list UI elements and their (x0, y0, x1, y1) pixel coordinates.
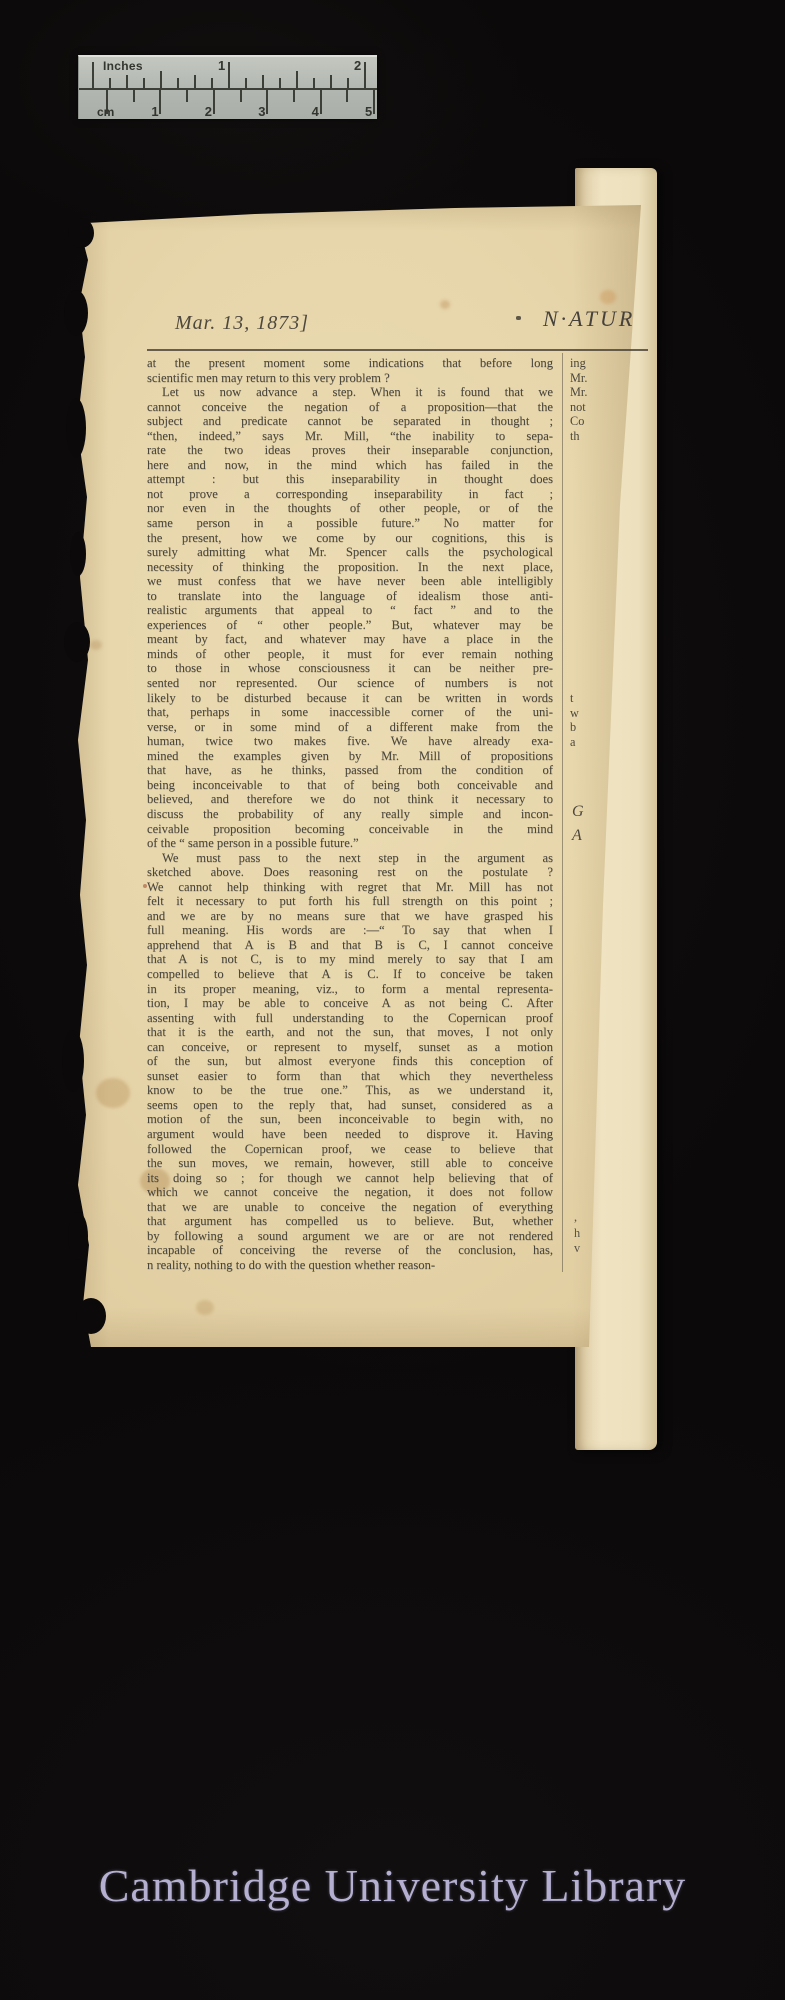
column-divider-rule (562, 353, 563, 1272)
ruler-number: 1 (218, 58, 225, 73)
text-line: not prove a corresponding inseparability… (147, 487, 553, 502)
ruler-inches-row: Inches 12 (79, 57, 377, 88)
ruler-tick (194, 75, 196, 88)
ruler-number: 4 (312, 104, 319, 119)
text-line: that we are unable to conceive the negat… (147, 1200, 553, 1215)
text-line: same person in a possible future.” No ma… (147, 516, 553, 531)
text-fragment: A (572, 824, 584, 848)
text-column: at the present moment some indications t… (147, 356, 553, 1272)
text-line: cannot conceive the negation of a propos… (147, 400, 553, 415)
ruler-tick (364, 62, 366, 88)
ruler-tick (346, 90, 348, 102)
text-fragment: t (570, 691, 579, 706)
text-fragment: G (572, 800, 584, 824)
foxing-stain (600, 290, 616, 304)
text-fragment: ing (570, 356, 587, 371)
library-caption: Cambridge University Library (0, 1860, 785, 1912)
text-line: mined the examples given by Mr. Mill of … (147, 749, 553, 764)
text-line: that, perhaps in some inaccessible corne… (147, 705, 553, 720)
text-line: that it is the earth, and not the sun, t… (147, 1025, 553, 1040)
torn-edge-blob (70, 532, 86, 576)
header-rule (147, 349, 648, 351)
ruler-tick (313, 78, 315, 88)
text-line: human, twice two makes five. We have alr… (147, 734, 553, 749)
text-line: followed the Copernican proof, we cease … (147, 1142, 553, 1157)
adjacent-column-fragment-middle: twba (570, 691, 579, 749)
text-fragment: , (574, 1210, 580, 1226)
text-line: that A is not C, is to my mind merely to… (147, 952, 553, 967)
ruler-tick (92, 62, 94, 88)
ruler-tick (330, 75, 332, 88)
ruler-tick (160, 71, 162, 88)
text-line: tion, I may be able to conceive A as not… (147, 996, 553, 1011)
ruler-tick (320, 90, 322, 114)
text-line: meant by fact, and whatever may have a p… (147, 632, 553, 647)
text-line: that have, as he thinks, passed from the… (147, 763, 553, 778)
text-line: the sun moves, we remain, however, still… (147, 1156, 553, 1171)
torn-edge-blob (62, 1030, 84, 1092)
text-line: nor even in the thoughts of other people… (147, 501, 553, 516)
ruler-tick (262, 75, 264, 88)
text-line: realistic arguments that appeal to “ fac… (147, 603, 553, 618)
text-line: of the sun, but almost everyone finds th… (147, 1054, 553, 1069)
text-line: to translate into the language of ideali… (147, 589, 553, 604)
ruler-tick (143, 78, 145, 88)
text-line: discuss the probability of any really si… (147, 807, 553, 822)
text-line: to those in whose consciousness it can b… (147, 661, 553, 676)
text-line: believed, and therefore we do not think … (147, 792, 553, 807)
text-line: likely to be disturbed because it can be… (147, 691, 553, 706)
ruler-tick (109, 78, 111, 88)
ruler-tick (266, 90, 268, 114)
text-line: Let us now advance a step. When it is fo… (147, 385, 553, 400)
text-line: motion of the sun, been inconceivable to… (147, 1112, 553, 1127)
text-line: at the present moment some indications t… (147, 356, 553, 371)
text-line: and we are by no means sure that we have… (147, 909, 553, 924)
text-line: ceivable proposition becoming conceivabl… (147, 822, 553, 837)
text-line: apprehend that A is B and that B is C, I… (147, 938, 553, 953)
text-line: its doing so ; for though we cannot help… (147, 1171, 553, 1186)
photo-stage: Inches 12 cm 12345 Mar. 13, 1873] N·ATUR… (0, 0, 785, 2000)
foxing-stain (96, 1078, 130, 1108)
text-line: seems open to the reply that, had sunset… (147, 1098, 553, 1113)
page-header-journal: N·ATUR (543, 306, 635, 332)
text-line: by following a sound argument we are or … (147, 1229, 553, 1244)
ruler-tick (347, 78, 349, 88)
ruler-tick (240, 90, 242, 102)
text-line: being inconceivable to that of being bot… (147, 778, 553, 793)
text-line: We cannot help thinking with regret that… (147, 880, 553, 895)
text-line: subject and predicate cannot be separate… (147, 414, 553, 429)
text-line: scientific men may return to this very p… (147, 371, 553, 386)
ruler-tick (213, 90, 215, 114)
text-fragment: Co (570, 414, 587, 429)
torn-edge-blob (68, 1212, 88, 1260)
text-line: surely admitting what Mr. Spencer calls … (147, 545, 553, 560)
text-line: sented nor represented. Our science of n… (147, 676, 553, 691)
ruler-tick (245, 78, 247, 88)
text-line: rate the two ideas proves their insepara… (147, 443, 553, 458)
text-fragment: th (570, 429, 587, 444)
ruler-tick (373, 90, 375, 114)
ink-speck (516, 316, 521, 320)
text-line: in its proper meaning, viz., to form a m… (147, 982, 553, 997)
ruler-inches-label: Inches (103, 59, 143, 73)
torn-edge-blob (64, 290, 88, 336)
ruler-tick (177, 78, 179, 88)
ruler-tick (133, 90, 135, 102)
torn-edge-blob (76, 1298, 106, 1334)
text-fragment: b (570, 720, 579, 735)
text-line: assenting with full understanding to the… (147, 1011, 553, 1026)
torn-edge-blob (68, 218, 94, 248)
foxing-stain (196, 1300, 214, 1315)
ruler-tick (293, 90, 295, 102)
text-fragment: w (570, 706, 579, 721)
ruler-number: 3 (258, 104, 265, 119)
adjacent-column-fragment-italic: GA (572, 800, 584, 848)
text-line: we must confess that we have never been … (147, 574, 553, 589)
text-line: of the “ same person in a possible futur… (147, 836, 553, 851)
text-line: incapable of conceiving the reverse of t… (147, 1243, 553, 1258)
ruler-tick (296, 71, 298, 88)
text-line: We must pass to the next step in the arg… (147, 851, 553, 866)
text-line: here and now, in the mind which has fail… (147, 458, 553, 473)
text-line: attempt : but this inseparability in tho… (147, 472, 553, 487)
text-fragment: Mr. (570, 385, 587, 400)
text-line: the present, how we come by our cognitio… (147, 531, 553, 546)
text-line: verse, or in some mind of a different ma… (147, 720, 553, 735)
text-line: experiences of “ other people.” But, wha… (147, 618, 553, 633)
text-line: minds of other people, it must for ever … (147, 647, 553, 662)
text-line: necessity of thinking the proposition. I… (147, 560, 553, 575)
ruler-number: 1 (151, 104, 158, 119)
text-line: full meaning. His words are :—“ To say t… (147, 923, 553, 938)
ruler-number: 5 (365, 104, 372, 119)
torn-edge-blob (66, 398, 86, 458)
ruler-tick (186, 90, 188, 102)
text-line: sketched above. Does reasoning rest on t… (147, 865, 553, 880)
text-line: n reality, nothing to do with the questi… (147, 1258, 553, 1273)
text-line: which we cannot conceive the negation, i… (147, 1185, 553, 1200)
text-line: compelled to believe that A is C. If to … (147, 967, 553, 982)
ruler-number: 2 (354, 58, 361, 73)
ruler-cm-row: cm 12345 (79, 90, 377, 119)
ruler-tick (279, 78, 281, 88)
text-line: can conceive, or represent to myself, su… (147, 1040, 553, 1055)
ruler-tick (228, 62, 230, 88)
text-fragment: h (574, 1226, 580, 1242)
text-line: that argument has compelled us to believ… (147, 1214, 553, 1229)
text-line: know to be the true one.” This, as we un… (147, 1083, 553, 1098)
text-fragment: v (574, 1241, 580, 1257)
page-header-date: Mar. 13, 1873] (175, 312, 309, 335)
text-fragment: Mr. (570, 371, 587, 386)
ruler-number: 2 (205, 104, 212, 119)
text-line: felt it necessary to put forth his full … (147, 894, 553, 909)
ruler-cm-label: cm (97, 105, 114, 119)
ruler-tick (159, 90, 161, 114)
torn-edge-blob (64, 622, 90, 662)
text-fragment: a (570, 735, 579, 750)
foxing-stain (90, 640, 102, 650)
adjacent-column-fragment-bottom: ,hv (574, 1210, 580, 1257)
ruler-tick (126, 75, 128, 88)
ruler-tick (211, 78, 213, 88)
measurement-ruler: Inches 12 cm 12345 (78, 55, 377, 119)
text-fragment: not (570, 400, 587, 415)
adjacent-column-fragment-top: ingMr.Mr.notCoth (570, 356, 587, 443)
text-line: argument would have been needed to dispr… (147, 1127, 553, 1142)
text-line: “then, indeed,” says Mr. Mill, “the inab… (147, 429, 553, 444)
text-line: sunset easier to form than that which th… (147, 1069, 553, 1084)
foxing-stain (440, 300, 450, 309)
